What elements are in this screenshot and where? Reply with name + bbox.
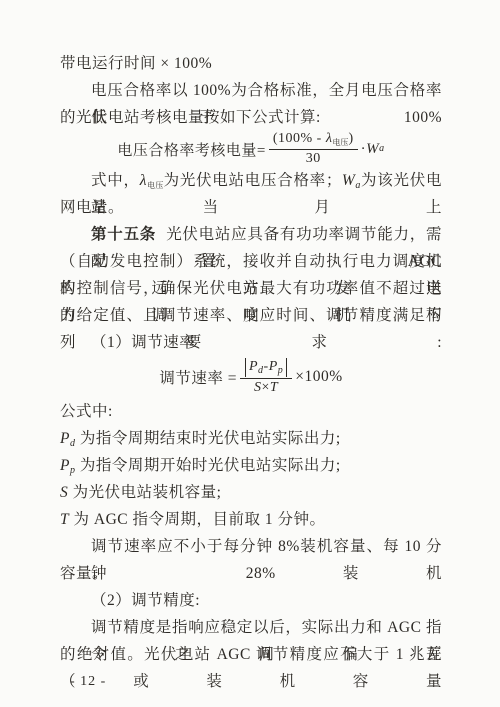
rate-requirement-text-2: 容量。 bbox=[60, 565, 108, 582]
formula-voltage-numerator: (100% - λ电压) bbox=[269, 131, 358, 149]
formula-voltage-lhs: 电压合格率考核电量= bbox=[117, 139, 265, 160]
var-s: S bbox=[254, 380, 262, 395]
formula-rate-denominator: S×T bbox=[240, 379, 292, 396]
item-2-label: （2）调节精度: bbox=[91, 592, 200, 609]
precision-text-2: 的绝对值。光伏电站 AGC 调节精度应不大于 1 兆瓦（或装机容量 bbox=[60, 646, 442, 690]
line-def-t: T 为 AGC 指令周期，目前取 1 分钟。 bbox=[60, 506, 442, 533]
times-sign: × bbox=[262, 380, 270, 395]
item-1-label: （1）调节速率 bbox=[91, 334, 195, 351]
article-15-number: 第十五条 bbox=[91, 226, 156, 243]
carryover-text: 带电运行时间 × 100% bbox=[60, 55, 212, 72]
numerator-pre: (100% - bbox=[273, 131, 326, 146]
formula-rate-lhs: 调节速率 = bbox=[159, 366, 237, 388]
document-page: 带电运行时间 × 100% 电压合格率以 100%为合格标准，全月电压合格率低于… bbox=[0, 0, 500, 707]
formula-voltage-assessment: 电压合格率考核电量=(100% - λ电压)30·Wa bbox=[60, 131, 442, 167]
var-lambda-inline: λ bbox=[140, 172, 147, 189]
def-s-text: 为光伏电站装机容量; bbox=[68, 484, 221, 501]
line-item-2: （2）调节精度: bbox=[60, 587, 442, 614]
var-w-inline: W bbox=[342, 172, 355, 189]
var-lambda-subscript: 电压 bbox=[332, 138, 348, 147]
def-t-var: T bbox=[60, 511, 69, 528]
formula-intro-text: 公式中: bbox=[60, 403, 113, 420]
line-precision-2: 的绝对值。光伏电站 AGC 调节精度应不大于 1 兆瓦（或装机容量 bbox=[60, 641, 442, 668]
where-mid: 为光伏电站电压合格率； bbox=[164, 172, 342, 189]
where-pre: 式中， bbox=[91, 172, 140, 189]
rate-requirement-text-1: 调节速率应不小于每分钟 8%装机容量、每 10 分钟 28%装机 bbox=[91, 538, 442, 582]
where-l2-text: 网电量。 bbox=[60, 199, 124, 216]
formula-voltage-fraction: (100% - λ电压)30 bbox=[269, 131, 358, 166]
line-where-1: 式中，λ电压为光伏电站电压合格率；Wa为该光伏电站当月上 bbox=[60, 167, 442, 194]
line-def-pp: Pp 为指令周期开始时光伏电站实际出力; bbox=[60, 452, 442, 479]
def-pp-text: 为指令周期开始时光伏电站实际出力; bbox=[75, 457, 340, 474]
voltage-para-text-2: 的光伏电站考核电量按如下公式计算: bbox=[60, 109, 321, 126]
formula-regulation-rate: 调节速率 =Pd-PpS×T×100% bbox=[60, 356, 442, 398]
line-carryover: 带电运行时间 × 100% bbox=[60, 50, 442, 77]
line-article-15-4: 的给定值、且调节速率、响应时间、调节精度满足下列要求: bbox=[60, 302, 442, 329]
line-voltage-para-1: 电压合格率以 100%为合格标准，全月电压合格率低于 100% bbox=[60, 77, 442, 104]
absolute-value: Pd-Pp bbox=[245, 358, 287, 376]
line-article-15-2: （自动发电控制）系统，接收并自动执行电力调度机构远方发送 bbox=[60, 248, 442, 275]
def-s-var: S bbox=[60, 484, 68, 501]
var-pd: P bbox=[249, 359, 258, 374]
def-pd-text: 为指令周期结束时光伏电站实际出力; bbox=[75, 430, 340, 447]
var-w: W bbox=[366, 141, 379, 158]
line-formula-intro: 公式中: bbox=[60, 398, 442, 425]
var-pp-subscript: p bbox=[278, 365, 284, 376]
line-precision-1: 调节精度是指响应稳定以后，实际出力和 AGC 指令之间偏差 bbox=[60, 614, 442, 641]
page-number-text: - 12 - bbox=[70, 674, 106, 689]
var-lambda-inline-subscript: 电压 bbox=[147, 181, 164, 190]
def-pp-var: P bbox=[60, 457, 70, 474]
def-t-text: 为 AGC 指令周期，目前取 1 分钟。 bbox=[69, 511, 325, 528]
formula-voltage-denominator: 30 bbox=[269, 150, 358, 167]
line-article-15-3: 的控制信号，确保光伏电站最大有功功率值不超过电力调度机构 bbox=[60, 275, 442, 302]
line-def-pd: Pd 为指令周期结束时光伏电站实际出力; bbox=[60, 425, 442, 452]
line-rate-requirement-1: 调节速率应不小于每分钟 8%装机容量、每 10 分钟 28%装机 bbox=[60, 533, 442, 560]
var-t: T bbox=[270, 380, 278, 395]
formula-rate-numerator: Pd-Pp bbox=[240, 358, 292, 378]
formula-rate-rhs: ×100% bbox=[295, 368, 342, 386]
numerator-post: ) bbox=[348, 131, 353, 146]
var-pp: P bbox=[269, 359, 278, 374]
line-article-15-head: 第十五条光伏电站应具备有功功率调节能力，需配置 AGC bbox=[60, 221, 442, 248]
def-pd-var: P bbox=[60, 430, 70, 447]
line-def-s: S 为光伏电站装机容量; bbox=[60, 479, 442, 506]
formula-rate-fraction: Pd-PpS×T bbox=[240, 358, 292, 395]
